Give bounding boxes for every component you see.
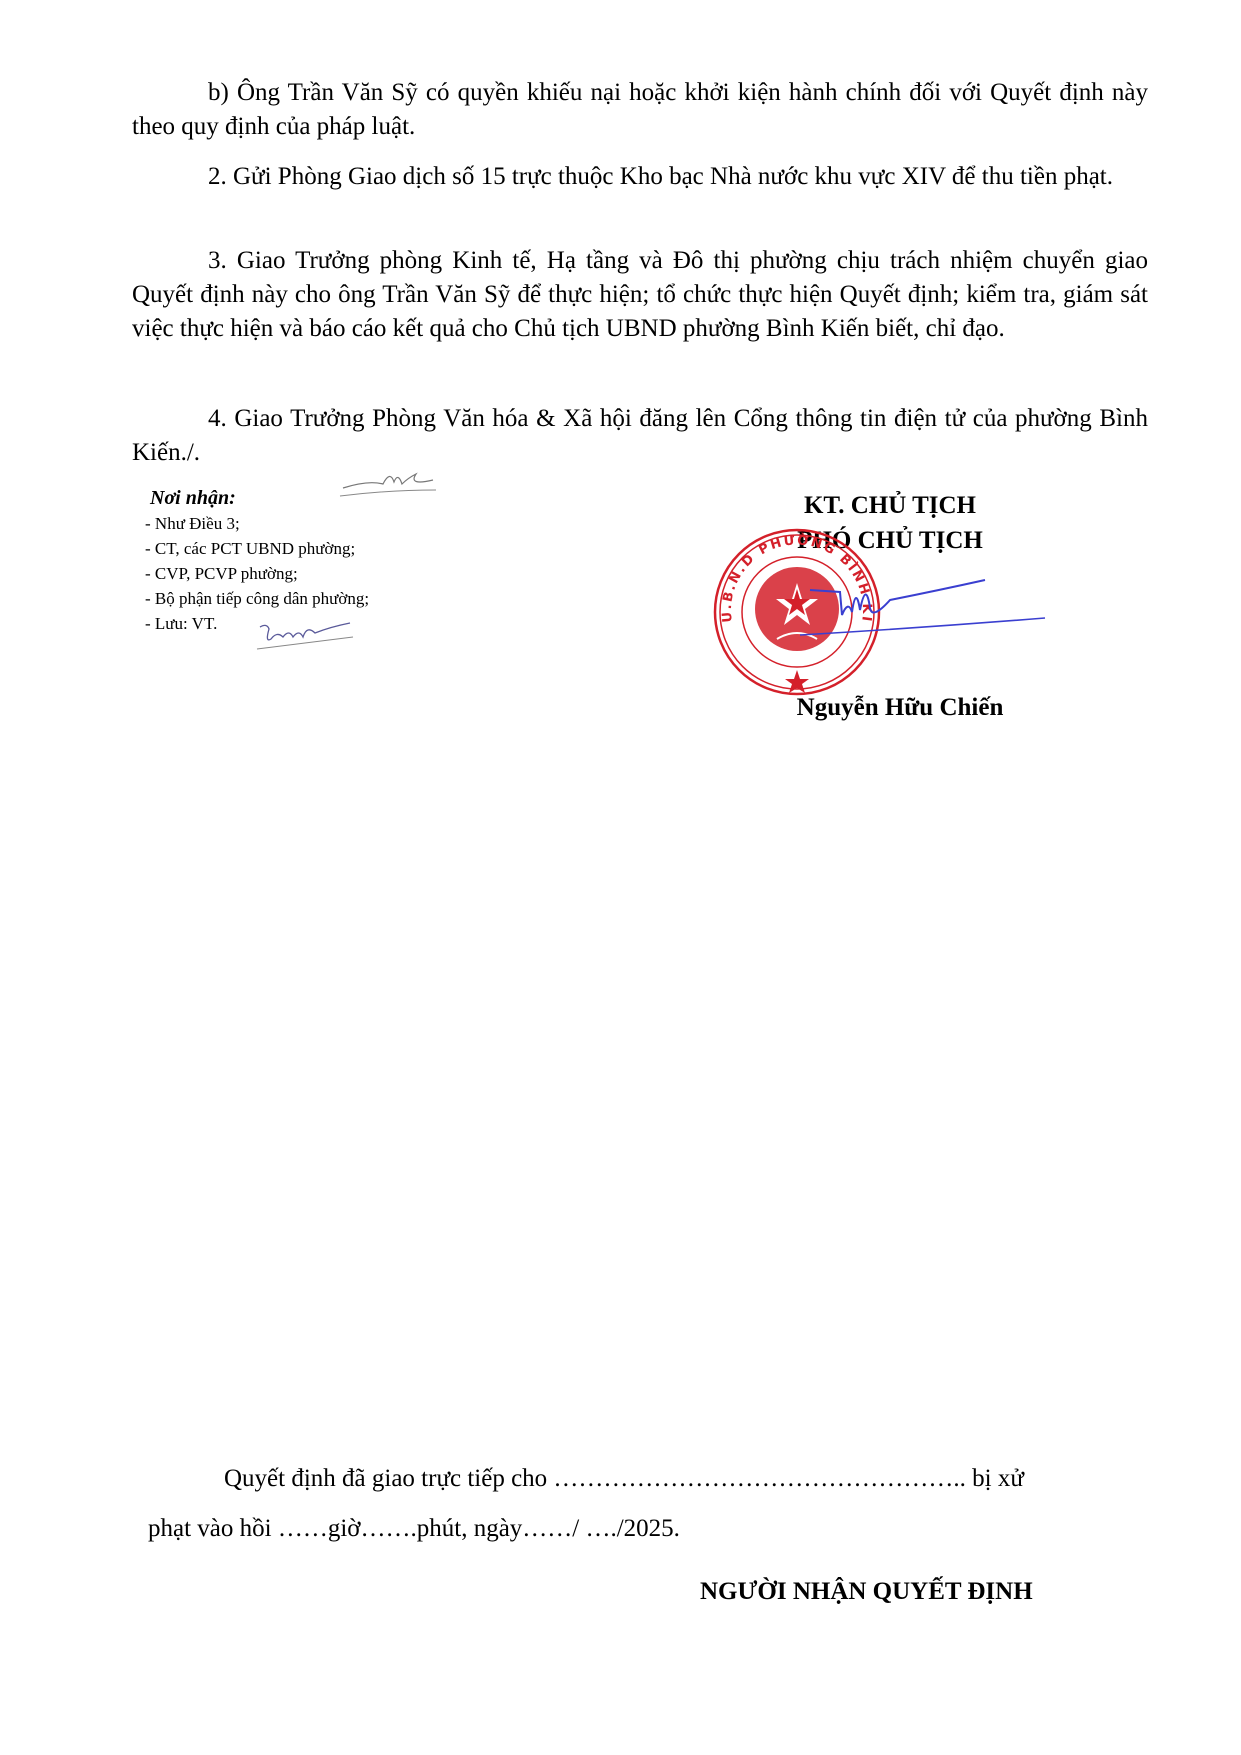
- receipt-line1: Quyết định đã giao trực tiếp cho ……………………: [148, 1454, 1138, 1504]
- receiver-title: NGƯỜI NHẬN QUYẾT ĐỊNH: [700, 1578, 1033, 1606]
- recipient-item: - Như Điều 3;: [145, 511, 369, 536]
- recipient-item: - Bộ phận tiếp công dân phường;: [145, 586, 369, 611]
- initials-mark-icon: [255, 615, 355, 655]
- recipients-list: Nơi nhận: - Như Điều 3; - CT, các PCT UB…: [145, 486, 369, 636]
- recipients-title: Nơi nhận:: [150, 486, 369, 511]
- receipt-statement: Quyết định đã giao trực tiếp cho ……………………: [148, 1454, 1138, 1554]
- signer-name: Nguyễn Hữu Chiến: [690, 694, 1110, 722]
- signature-title-line1: KT. CHỦ TỊCH: [700, 488, 1080, 523]
- paragraph-complaint-right: b) Ông Trần Văn Sỹ có quyền khiếu nại ho…: [132, 76, 1148, 144]
- paragraph-assign-culture-dept: 4. Giao Trưởng Phòng Văn hóa & Xã hội đă…: [132, 402, 1148, 470]
- paragraph-assign-economic-dept: 3. Giao Trưởng phòng Kinh tế, Hạ tầng và…: [132, 244, 1148, 346]
- recipient-item: - CVP, PCVP phường;: [145, 561, 369, 586]
- document-page: b) Ông Trần Văn Sỹ có quyền khiếu nại ho…: [0, 0, 1241, 1755]
- paragraph-send-treasury: 2. Gửi Phòng Giao dịch số 15 trực thuộc …: [132, 160, 1148, 194]
- recipient-item: - CT, các PCT UBND phường;: [145, 536, 369, 561]
- receipt-line2: phạt vào hồi ……giờ…….phút, ngày……/ …./20…: [148, 1504, 1138, 1554]
- handwritten-signature-icon: [800, 570, 1060, 650]
